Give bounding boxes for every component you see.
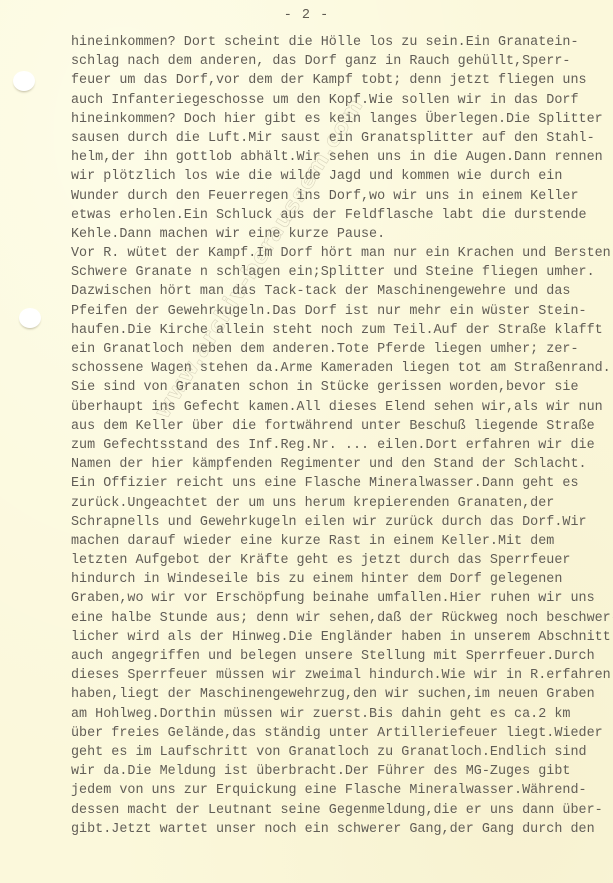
text-line: wir da.Die Meldung ist überbracht.Der Fü…: [71, 762, 611, 781]
text-line: etwas erholen.Ein Schluck aus der Feldfl…: [71, 206, 611, 225]
punch-hole-top: [13, 71, 35, 91]
text-line: schlag nach dem anderen, das Dorf ganz i…: [71, 52, 611, 71]
text-line: helm,der ihn gottlob abhält.Wir sehen un…: [71, 148, 611, 167]
punch-hole-bottom: [19, 308, 41, 328]
text-line: Dazwischen hört man das Tack-tack der Ma…: [71, 282, 611, 301]
text-line: Pfeifen der Gewehrkugeln.Das Dorf ist nu…: [71, 302, 611, 321]
text-line: Kehle.Dann machen wir eine kurze Pause.: [71, 225, 611, 244]
text-line: sausen durch die Luft.Mir saust ein Gran…: [71, 129, 611, 148]
text-line: licher wird als der Hinweg.Die Engländer…: [71, 628, 611, 647]
text-line: ein Granatloch neben dem anderen.Tote Pf…: [71, 340, 611, 359]
text-line: feuer um das Dorf,vor dem der Kampf tobt…: [71, 71, 611, 90]
text-line: letzten Aufgebot der Kräfte geht es jetz…: [71, 551, 611, 570]
text-line: geht es im Laufschritt von Granatloch zu…: [71, 743, 611, 762]
text-line: über freies Gelände,das ständig unter Ar…: [71, 724, 611, 743]
text-line: zurück.Ungeachtet der um uns herum krepi…: [71, 494, 611, 513]
text-line: hindurch in Windeseile bis zu einem hint…: [71, 570, 611, 589]
text-line: Sie sind von Granaten schon in Stücke ge…: [71, 378, 611, 397]
text-line: Schrapnells und Gewehrkugeln eilen wir z…: [71, 513, 611, 532]
text-line: Wunder durch den Feuerregen ins Dorf,wo …: [71, 187, 611, 206]
page-number: - 2 -: [0, 8, 613, 23]
text-line: aus dem Keller über die fortwährend unte…: [71, 417, 611, 436]
text-line: überhaupt ins Gefecht kamen.All dieses E…: [71, 398, 611, 417]
text-line: jedem von uns zur Erquickung eine Flasch…: [71, 781, 611, 800]
text-line: hineinkommen? Doch hier gibt es kein lan…: [71, 110, 611, 129]
text-line: zum Gefechtsstand des Inf.Reg.Nr. ... ei…: [71, 436, 611, 455]
text-line: schossene Wagen stehen da.Arme Kameraden…: [71, 359, 611, 378]
text-line: Namen der hier kämpfenden Regimenter und…: [71, 455, 611, 474]
text-line: haben,liegt der Maschinengewehrzug,den w…: [71, 685, 611, 704]
text-line: Graben,wo wir vor Erschöpfung beinahe um…: [71, 589, 611, 608]
text-line: Schwere Granate n schlagen ein;Splitter …: [71, 263, 611, 282]
text-line: auch angegriffen und belegen unsere Stel…: [71, 647, 611, 666]
text-line: Vor R. wütet der Kampf.Im Dorf hört man …: [71, 244, 611, 263]
text-line: auch Infanteriegeschosse um den Kopf.Wie…: [71, 91, 611, 110]
text-line: dessen macht der Leutnant seine Gegenmel…: [71, 801, 611, 820]
text-line: hineinkommen? Dort scheint die Hölle los…: [71, 33, 611, 52]
text-line: Ein Offizier reicht uns eine Flasche Min…: [71, 474, 611, 493]
text-line: dieses Sperrfeuer müssen wir zweimal hin…: [71, 666, 611, 685]
text-line: gibt.Jetzt wartet unser noch ein schwere…: [71, 820, 611, 839]
typewritten-body-text: hineinkommen? Dort scheint die Hölle los…: [71, 33, 611, 839]
text-line: haufen.Die Kirche allein steht noch zum …: [71, 321, 611, 340]
text-line: wir plötzlich los wie die wilde Jagd und…: [71, 167, 611, 186]
text-line: machen darauf wieder eine kurze Rast in …: [71, 532, 611, 551]
text-line: eine halbe Stunde aus; denn wir sehen,da…: [71, 609, 611, 628]
text-line: am Hohlweg.Dorthin müssen wir zuerst.Bis…: [71, 705, 611, 724]
